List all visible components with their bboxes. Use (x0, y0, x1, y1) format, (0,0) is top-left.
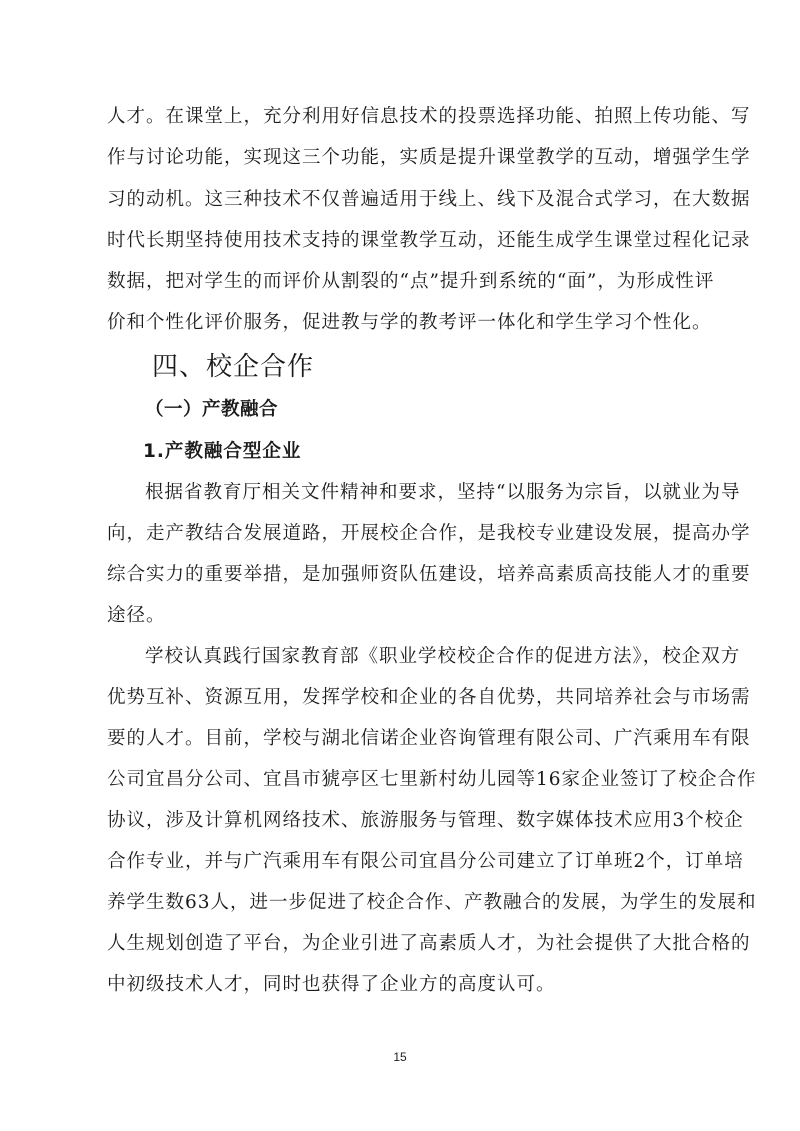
text-line: 习的动机。这三种技术不仅普遍适用于线上、线下及混合式学习，在大数据 (107, 185, 697, 215)
page-number: 15 (388, 1050, 412, 1064)
text-line: 根据省教育厅相关文件精神和要求，坚持“以服务为宗旨，以就业为导 (145, 478, 697, 508)
text-line: 合作专业，并与广汽乘用车有限公司宜昌分公司建立了订单班2个，订单培 (107, 847, 697, 877)
text-line: 养学生数63人，进一步促进了校企合作、产教融合的发展，为学生的发展和 (107, 888, 697, 918)
text-line: 作与讨论功能，实现这三个功能，实质是提升课堂教学的互动，增强学生学 (107, 143, 697, 173)
text-line: 人生规划创造了平台，为企业引进了高素质人才，为社会提供了大批合格的 (107, 929, 697, 959)
text-line: 学校认真践行国家教育部《职业学校校企合作的促进方法》，校企双方 (145, 642, 697, 672)
subsubsection-heading: 1.产教融合型企业 (143, 438, 301, 466)
text-line: 时代长期坚持使用技术支持的课堂教学互动，还能生成学生课堂过程化记录 (107, 226, 697, 256)
document-page: 人才。在课堂上，充分利用好信息技术的投票选择功能、拍照上传功能、写 作与讨论功能… (0, 0, 800, 1131)
text-line: 公司宜昌分公司、宜昌市猇亭区七里新村幼儿园等16家企业签订了校企合作 (107, 765, 697, 795)
subsection-heading: （一）产教融合 (145, 396, 278, 424)
text-line: 优势互补、资源互用，发挥学校和企业的各自优势，共同培养社会与市场需 (107, 683, 697, 713)
section-heading: 四、校企合作 (152, 350, 314, 384)
text-line: 途径。 (107, 601, 697, 631)
text-line: 协议，涉及计算机网络技术、旅游服务与管理、数字媒体技术应用3个校企 (107, 806, 697, 836)
text-line: 价和个性化评价服务，促进教与学的教考评一体化和学生学习个性化。 (107, 308, 697, 338)
text-line: 数据，把对学生的而评价从割裂的“点”提升到系统的“面”，为形成性评 (107, 267, 697, 297)
text-line: 中初级技术人才，同时也获得了企业方的高度认可。 (107, 970, 697, 1000)
text-line: 向，走产教结合发展道路，开展校企合作，是我校专业建设发展，提高办学 (107, 519, 697, 549)
text-line: 要的人才。目前，学校与湖北信诺企业咨询管理有限公司、广汽乘用车有限 (107, 724, 697, 754)
text-line: 综合实力的重要举措，是加强师资队伍建设，培养高素质高技能人才的重要 (107, 560, 697, 590)
text-line: 人才。在课堂上，充分利用好信息技术的投票选择功能、拍照上传功能、写 (107, 102, 697, 132)
